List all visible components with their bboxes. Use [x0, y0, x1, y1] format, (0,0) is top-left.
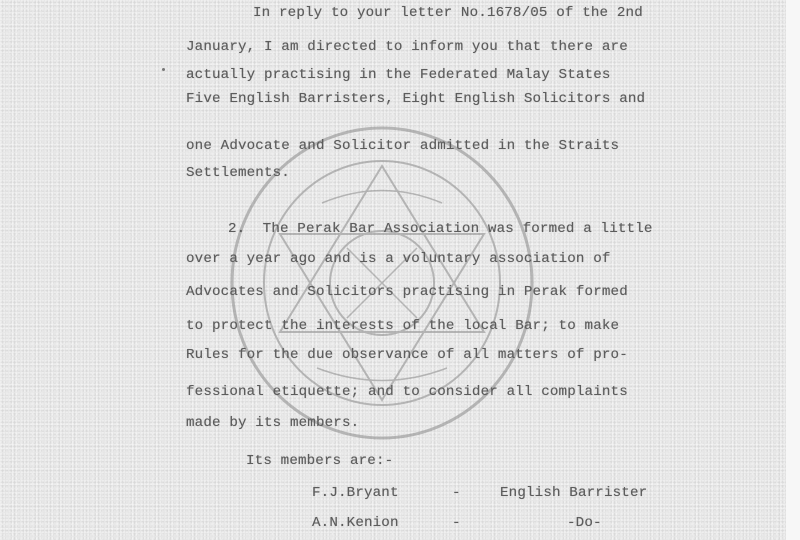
member-role: -Do- — [567, 514, 602, 532]
text-line: Rules for the due observance of all matt… — [186, 346, 628, 364]
member-role: English Barrister — [500, 484, 647, 502]
text-line: over a year ago and is a voluntary assoc… — [186, 250, 611, 268]
text-line: In reply to your letter No.1678/05 of th… — [253, 4, 643, 22]
member-name: A.N.Kenion — [312, 514, 399, 532]
letter-body: In reply to your letter No.1678/05 of th… — [0, 0, 786, 540]
text-line: Five English Barristers, Eight English S… — [186, 90, 645, 108]
stray-ink-mark — [162, 68, 165, 71]
text-line: to protect the interests of the local Ba… — [186, 317, 619, 335]
member-separator: - — [452, 484, 461, 502]
member-name: F.J.Bryant — [312, 484, 399, 502]
page-margin-strip — [786, 0, 800, 540]
document-page: In reply to your letter No.1678/05 of th… — [0, 0, 786, 540]
text-line: made by its members. — [186, 414, 359, 432]
members-intro: Its members are:- — [246, 452, 393, 470]
text-line: one Advocate and Solicitor admitted in t… — [186, 137, 619, 155]
text-line: actually practising in the Federated Mal… — [186, 66, 611, 84]
text-line: 2. The Perak Bar Association was formed … — [228, 220, 653, 238]
text-line: Advocates and Solicitors practising in P… — [186, 283, 628, 301]
member-separator: - — [452, 514, 461, 532]
text-line: Settlements. — [186, 164, 290, 182]
text-line: fessional etiquette; and to consider all… — [186, 383, 628, 401]
text-line: January, I am directed to inform you tha… — [186, 38, 628, 56]
